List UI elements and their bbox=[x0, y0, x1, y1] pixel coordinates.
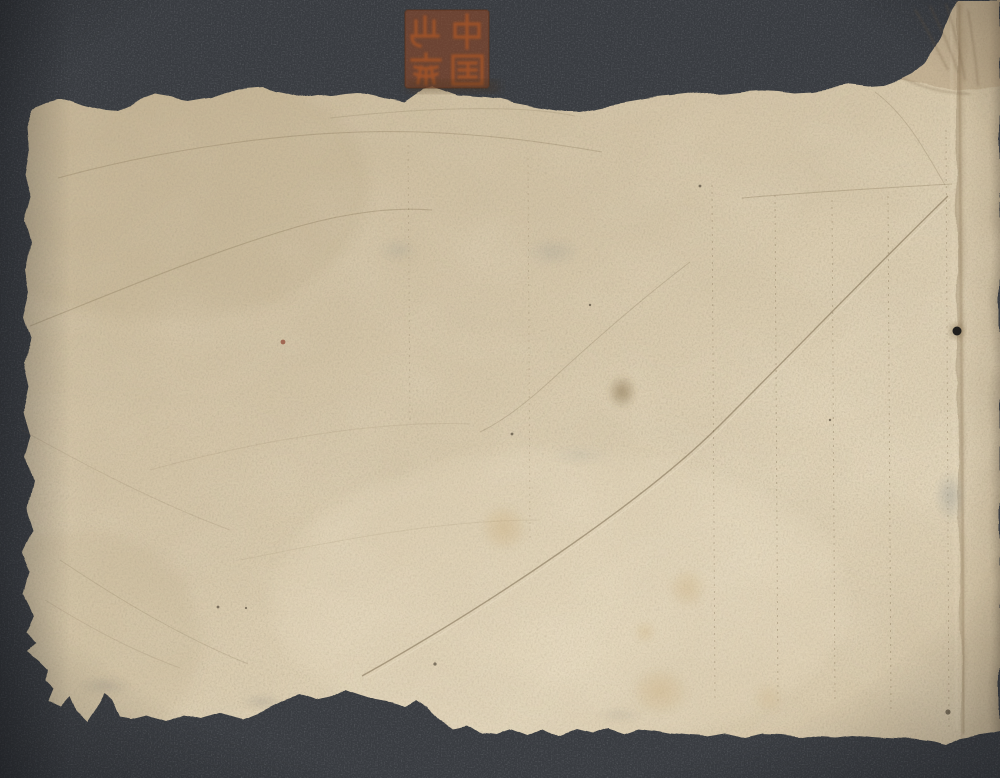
book-page-scan bbox=[0, 0, 1000, 778]
vignette bbox=[0, 0, 1000, 778]
book-scan-viewport bbox=[0, 0, 1000, 778]
